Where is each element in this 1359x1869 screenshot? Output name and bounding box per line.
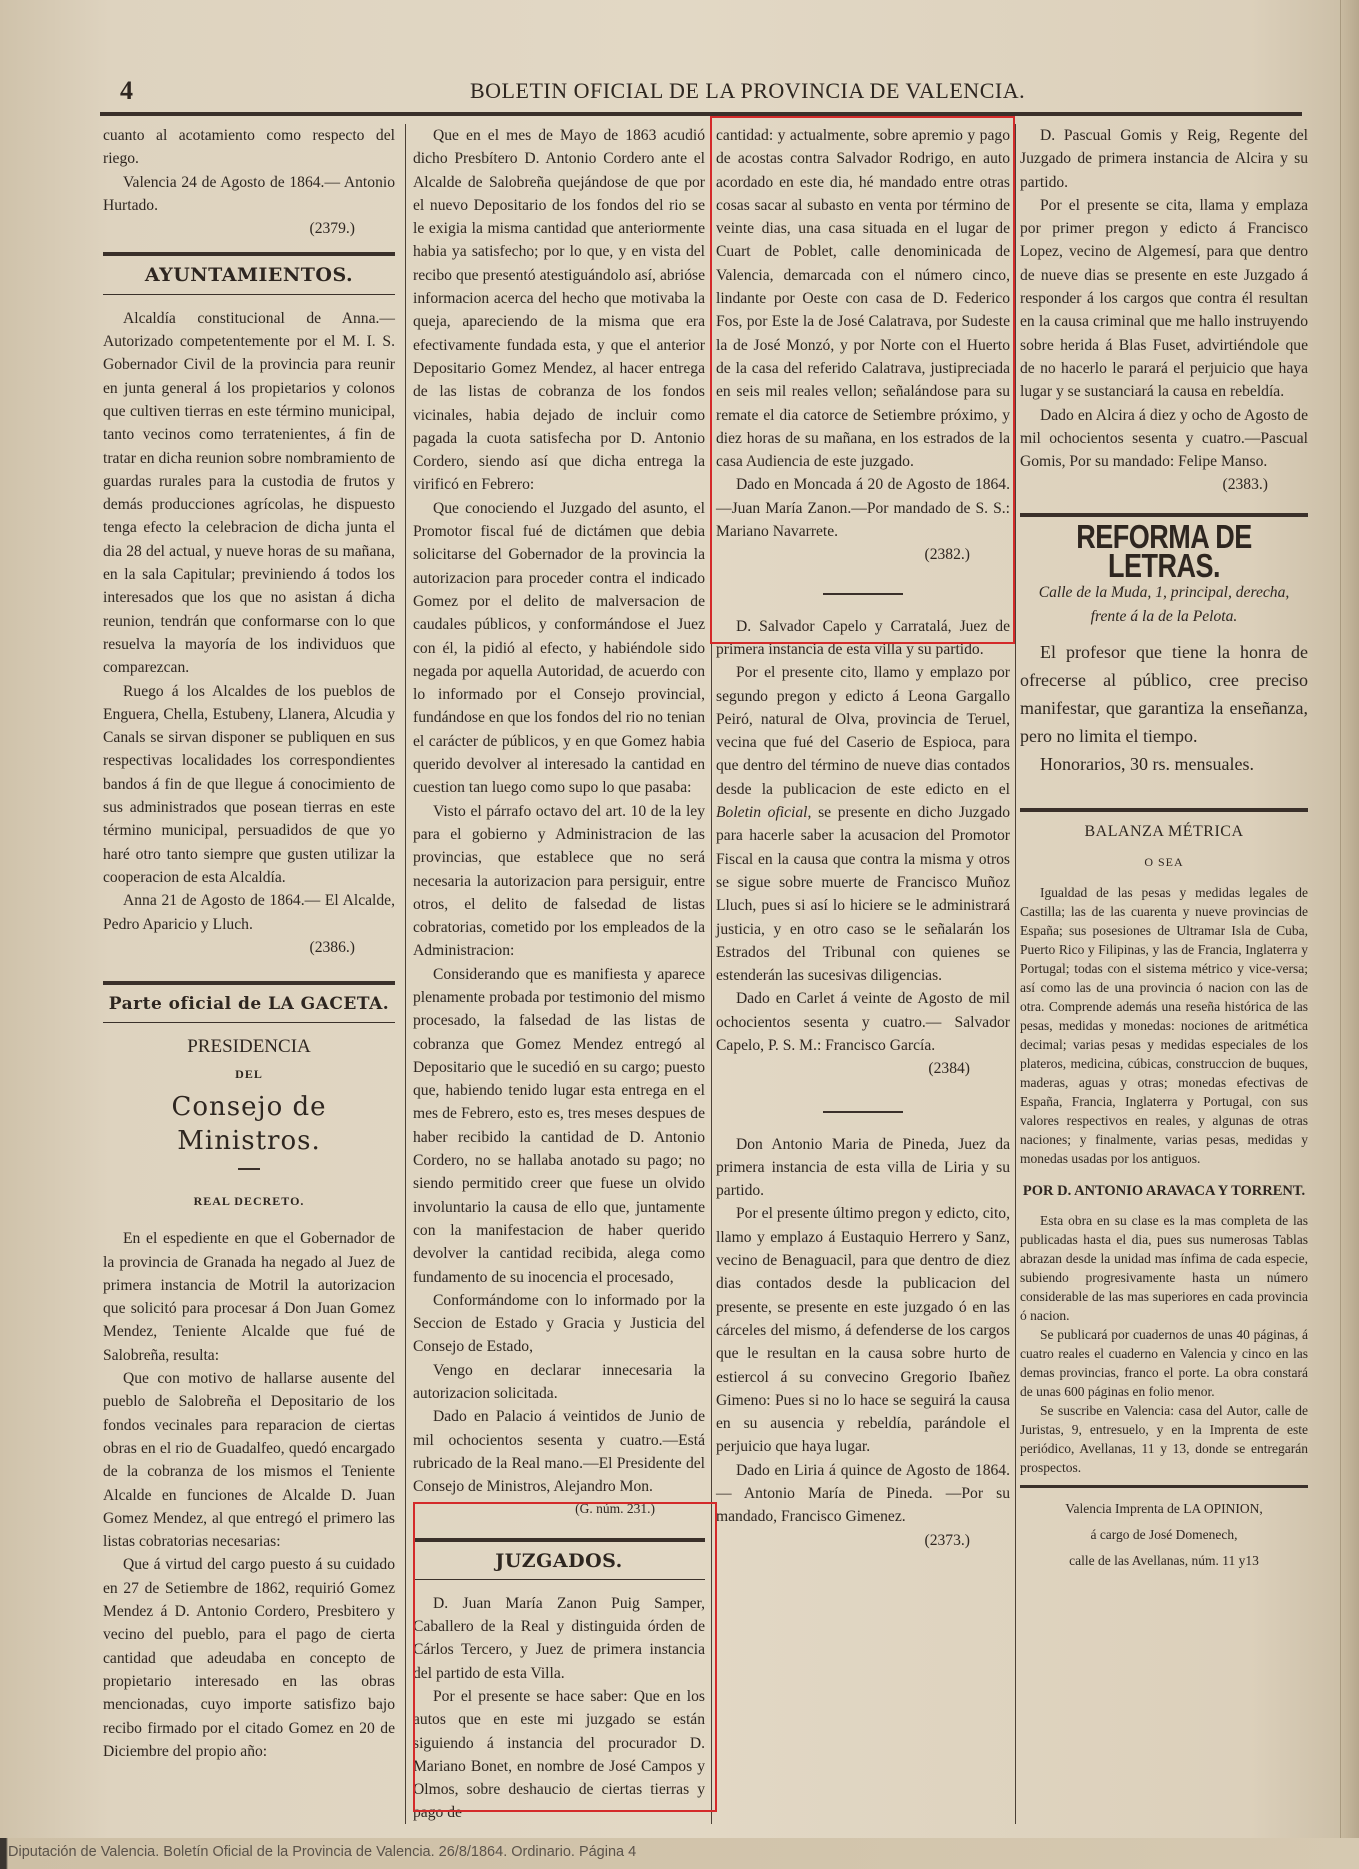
imprint-line: calle de las Avellanas, núm. 11 y13: [1020, 1548, 1308, 1574]
section-rule: [103, 981, 395, 985]
consejo-heading: Consejo de Ministros.: [103, 1090, 395, 1158]
paragraph: Alcaldía constitucional de Anna.— Autori…: [103, 307, 395, 680]
paragraph: Dado en Palacio á veintidos de Junio de …: [413, 1405, 705, 1498]
imprint-line: Valencia Imprenta de LA OPINION,: [1020, 1496, 1308, 1522]
notice-ref: (2373.): [716, 1529, 1010, 1552]
paragraph: Anna 21 de Agosto de 1864.— El Alcalde, …: [103, 889, 395, 936]
balanza-body: Igualdad de las pesas y medidas legales …: [1020, 883, 1308, 1168]
del-label: DEL: [103, 1063, 395, 1086]
section-rule: [413, 1538, 705, 1542]
o-sea-label: O SEA: [1020, 851, 1308, 874]
column-4: D. Pascual Gomis y Reig, Regente del Juz…: [1020, 124, 1308, 1574]
section-rule: [1020, 808, 1308, 812]
paragraph: Vengo en declarar innecesaria la autoriz…: [413, 1359, 705, 1406]
reforma-address: Calle de la Muda, 1, principal, derecha,…: [1020, 581, 1308, 628]
section-rule: [103, 252, 395, 256]
short-rule: [238, 1168, 260, 1170]
column-1: cuanto al acotamiento como respecto del …: [103, 124, 395, 1763]
section-heading-gaceta: Parte oficial de LA GACETA.: [103, 993, 395, 1016]
paragraph: D. Salvador Capelo y Carratalá, Juez de …: [716, 615, 1010, 662]
short-rule: [823, 593, 903, 595]
notice-ref: (2379.): [103, 217, 395, 240]
paragraph: Dado en Carlet á veinte de Agosto de mil…: [716, 987, 1010, 1057]
reforma-fees: Honorarios, 30 rs. mensuales.: [1020, 750, 1308, 778]
paragraph: Por el presente se cita, llama y emplaza…: [1020, 194, 1308, 404]
paragraph: Que conociendo el Juzgado del asunto, el…: [413, 497, 705, 800]
paragraph: Dado en Moncada á 20 de Agosto de 1864.—…: [716, 473, 1010, 543]
footer-caption: Diputación de Valencia. Boletín Oficial …: [8, 1844, 636, 1860]
paragraph: En el espediente en que el Gobernador de…: [103, 1227, 395, 1367]
paragraph: Visto el párrafo octavo del art. 10 de l…: [413, 800, 705, 963]
paragraph: Que con motivo de hallarse ausente del p…: [103, 1367, 395, 1553]
paragraph: Conformándome con lo informado por la Se…: [413, 1289, 705, 1359]
reforma-heading: REFORMA DE LETRAS.: [1020, 523, 1308, 581]
section-rule: [103, 1022, 395, 1023]
paragraph: Por el presente cito, llamo y emplazo po…: [716, 661, 1010, 987]
masthead-title: BOLETIN OFICIAL DE LA PROVINCIA DE VALEN…: [470, 78, 1025, 104]
paragraph: Valencia 24 de Agosto de 1864.— Antonio …: [103, 171, 395, 218]
notice-ref: (2386.): [103, 936, 395, 959]
column-3: cantidad: y actualmente, sobre apremio y…: [716, 124, 1010, 1552]
real-decreto-heading: REAL DECRETO.: [103, 1190, 395, 1213]
section-heading-ayuntamientos: AYUNTAMIENTOS.: [103, 264, 395, 287]
notice-ref: (2383.): [1020, 473, 1308, 496]
balanza-heading: BALANZA MÉTRICA: [1020, 820, 1308, 843]
paragraph: Que en el mes de Mayo de 1863 acudió dic…: [413, 124, 705, 497]
newspaper-page: 4 BOLETIN OFICIAL DE LA PROVINCIA DE VAL…: [0, 0, 1359, 1869]
paragraph: cantidad: y actualmente, sobre apremio y…: [716, 124, 1010, 473]
italic-publication-name: Boletin oficial: [716, 804, 808, 821]
notice-ref: (2382.): [716, 543, 1010, 566]
paragraph: D. Pascual Gomis y Reig, Regente del Juz…: [1020, 124, 1308, 194]
paragraph: cuanto al acotamiento como respecto del …: [103, 124, 395, 171]
paragraph: Se suscribe en Valencia: casa del Autor,…: [1020, 1401, 1308, 1477]
paragraph: Dado en Alcira á diez y ocho de Agosto d…: [1020, 404, 1308, 474]
section-rule: [103, 294, 395, 295]
section-rule: [1020, 1485, 1308, 1488]
paragraph: Ruego á los Alcaldes de los pueblos de E…: [103, 680, 395, 890]
reforma-body: El profesor que tiene la honra de ofrece…: [1020, 638, 1308, 750]
section-rule: [1020, 513, 1308, 517]
paragraph: Se publicará por cuadernos de unas 40 pá…: [1020, 1325, 1308, 1401]
gaceta-ref: (G. núm. 231.): [413, 1499, 705, 1518]
column-divider: [405, 124, 406, 1824]
paragraph: Esta obra en su clase es la mas completa…: [1020, 1211, 1308, 1325]
section-rule: [413, 1579, 705, 1580]
presidencia-heading: PRESIDENCIA: [103, 1035, 395, 1058]
author-heading: POR D. ANTONIO ARAVACA Y TORRENT.: [1020, 1180, 1308, 1203]
paragraph: Por el presente se hace saber: Que en lo…: [413, 1685, 705, 1825]
column-divider: [711, 124, 712, 1824]
column-divider: [1015, 124, 1016, 1824]
page-edge: [1340, 0, 1359, 1869]
short-rule: [823, 1111, 903, 1113]
paragraph: Don Antonio Maria de Pineda, Juez da pri…: [716, 1133, 1010, 1203]
masthead-rule: [100, 112, 1302, 116]
paragraph: Por el presente último pregon y edicto, …: [716, 1202, 1010, 1458]
paragraph: Dado en Liria á quince de Agosto de 1864…: [716, 1459, 1010, 1529]
notice-ref: (2384): [716, 1057, 1010, 1080]
paragraph: D. Juan María Zanon Puig Samper, Caballe…: [413, 1592, 705, 1685]
page-number: 4: [120, 76, 133, 106]
column-2: Que en el mes de Mayo de 1863 acudió dic…: [413, 124, 705, 1825]
paragraph: Que á virtud del cargo puesto á su cuida…: [103, 1553, 395, 1763]
section-heading-juzgados: JUZGADOS.: [413, 1550, 705, 1573]
imprint-line: á cargo de José Domenech,: [1020, 1522, 1308, 1548]
paragraph: Considerando que es manifiesta y aparece…: [413, 963, 705, 1289]
